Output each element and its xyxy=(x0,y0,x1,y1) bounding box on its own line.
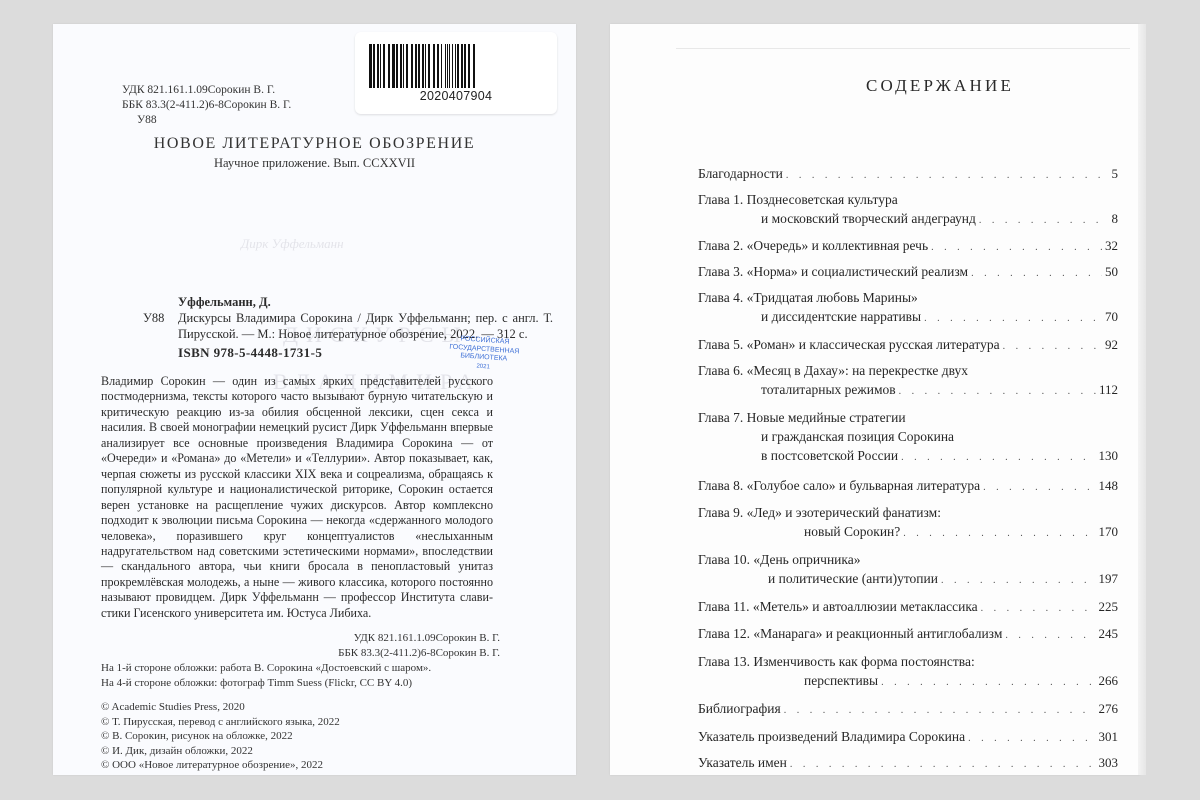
barcode-bar xyxy=(415,44,417,88)
toc-page-number: 170 xyxy=(1099,522,1119,541)
barcode-bar xyxy=(425,44,426,88)
toc-page-number: 32 xyxy=(1105,236,1118,255)
author-mark: У88 xyxy=(122,113,291,128)
dot-leader xyxy=(881,673,1095,692)
toc-entry-label: Глава 13. Изменчивость как форма постоян… xyxy=(698,652,975,671)
barcode-sticker: 2020407904 xyxy=(355,32,557,114)
barcode-bar xyxy=(392,44,395,88)
copyright-line: © В. Сорокин, рисунок на обложке, 2022 xyxy=(101,729,340,744)
toc-page-number: 148 xyxy=(1099,476,1119,495)
udk-code: УДК 821.161.1.09Сорокин В. Г. xyxy=(338,631,500,646)
barcode-icon xyxy=(369,44,544,88)
cover-credits: На 1-й стороне обложки: работа В. Сороки… xyxy=(101,661,431,691)
dot-leader xyxy=(1005,626,1095,645)
bleed-through-running-head xyxy=(676,34,1130,49)
toc-page-number: 8 xyxy=(1112,209,1119,228)
toc-page-number: 276 xyxy=(1099,699,1119,718)
barcode-bar xyxy=(418,44,420,88)
toc-page-number: 225 xyxy=(1099,597,1119,616)
dot-leader xyxy=(903,524,1095,543)
toc-page-number: 70 xyxy=(1105,307,1118,326)
copyright-line: © Т. Пирусская, перевод с английского яз… xyxy=(101,715,340,730)
toc-entry-label: Глава 6. «Месяц в Дахау»: на перекрестке… xyxy=(698,361,968,380)
barcode-bar xyxy=(388,44,390,88)
toc-page-number: 130 xyxy=(1099,446,1119,465)
dot-leader xyxy=(924,309,1102,328)
toc-entry[interactable]: Глава 11. «Метель» и автоаллюзии метакла… xyxy=(698,597,1118,616)
dot-leader xyxy=(790,755,1096,774)
toc-entry-continuation: новый Сорокин? xyxy=(698,522,900,541)
toc-page-number: 197 xyxy=(1099,569,1119,588)
barcode-bar xyxy=(396,44,398,88)
barcode-bar xyxy=(403,44,404,88)
barcode-bar xyxy=(455,44,456,88)
toc-title: СОДЕРЖАНИЕ xyxy=(610,76,1140,96)
barcode-bar xyxy=(373,44,375,88)
barcode-bar xyxy=(380,44,381,88)
copyright-line: © И. Дик, дизайн обложки, 2022 xyxy=(101,744,340,759)
toc-entry-continuation: и диссидентские нарративы xyxy=(698,307,921,326)
toc-entry-label: Глава 4. «Тридцатая любовь Марины» xyxy=(698,288,918,307)
toc-entry-label: Указатель имен xyxy=(698,753,787,772)
toc-entry-continuation: перспективы xyxy=(698,671,878,690)
barcode-bar xyxy=(400,44,402,88)
toc-entry[interactable]: Глава 13. Изменчивость как форма постоян… xyxy=(698,652,1118,690)
toc-entry[interactable]: Указатель имен303 xyxy=(698,753,1118,772)
toc-entry-label: Глава 1. Позднесоветская культура xyxy=(698,190,898,209)
barcode-number: 2020407904 xyxy=(355,89,557,103)
toc-entry[interactable]: Глава 12. «Манарага» и реакционный антиг… xyxy=(698,624,1118,643)
toc-entry-continuation: и московский творческий андеграунд xyxy=(698,209,976,228)
catalog-author: Уффельманн, Д. xyxy=(143,294,553,310)
book-annotation: Владимир Сорокин — один из самых ярких п… xyxy=(101,374,493,621)
isbn: ISBN 978-5-4448-1731-5 xyxy=(178,345,322,361)
cover-credit-line: На 4-й стороне обложки: фотограф Timm Su… xyxy=(101,676,431,691)
toc-entry[interactable]: Благодарности5 xyxy=(698,164,1118,183)
toc-page-number: 50 xyxy=(1105,262,1118,281)
dot-leader xyxy=(979,211,1109,230)
toc-entry-label: Глава 12. «Манарага» и реакционный антиг… xyxy=(698,624,1002,643)
barcode-bar xyxy=(473,44,475,88)
barcode-bar xyxy=(447,44,448,88)
dot-leader xyxy=(899,382,1096,401)
dot-leader xyxy=(931,238,1102,257)
toc-entry[interactable]: Глава 1. Позднесоветская культураи моско… xyxy=(698,190,1118,228)
bbk-code: ББК 83.3(2-411.2)6-8Сорокин В. Г. xyxy=(122,98,291,113)
barcode-bar xyxy=(433,44,435,88)
toc-entry[interactable]: Глава 3. «Норма» и социалистический реал… xyxy=(698,262,1118,281)
dot-leader xyxy=(1003,337,1102,356)
barcode-bar xyxy=(461,44,463,88)
barcode-bar xyxy=(406,44,408,88)
toc-entry-label: Глава 5. «Роман» и классическая русская … xyxy=(698,335,1000,354)
barcode-bar xyxy=(377,44,379,88)
dot-leader xyxy=(968,729,1095,748)
barcode-bar xyxy=(428,44,430,88)
barcode-bar xyxy=(422,44,424,88)
toc-page-number: 112 xyxy=(1099,380,1118,399)
toc-entry[interactable]: Глава 10. «День опричника»и политические… xyxy=(698,550,1118,588)
dot-leader xyxy=(784,701,1096,720)
dot-leader xyxy=(983,478,1095,497)
toc-entry-label: Библиография xyxy=(698,699,781,718)
library-stamp: РОССИЙСКАЯ ГОСУДАРСТВЕННАЯ БИБЛИОТЕКА 20… xyxy=(443,334,525,373)
toc-entry[interactable]: Библиография276 xyxy=(698,699,1118,718)
toc-entry-label: Глава 10. «День опричника» xyxy=(698,550,861,569)
toc-entry-label: Глава 3. «Норма» и социалистический реал… xyxy=(698,262,968,281)
barcode-bar xyxy=(464,44,466,88)
toc-page-number: 92 xyxy=(1105,335,1118,354)
toc-page-number: 301 xyxy=(1099,727,1119,746)
barcode-bar xyxy=(445,44,446,88)
toc-entry-label: Глава 9. «Лед» и эзотерический фанатизм: xyxy=(698,503,941,522)
series-subtitle: Научное приложение. Вып. CCXXVII xyxy=(53,156,576,171)
toc-entry[interactable]: Глава 4. «Тридцатая любовь Марины»и дисс… xyxy=(698,288,1118,326)
series-title: НОВОЕ ЛИТЕРАТУРНОЕ ОБОЗРЕНИЕ xyxy=(53,135,576,153)
copyright-line: © ООО «Новое литературное обозрение», 20… xyxy=(101,758,340,773)
toc-entry[interactable]: Указатель произведений Владимира Сорокин… xyxy=(698,727,1118,746)
dot-leader xyxy=(941,571,1096,590)
dot-leader xyxy=(901,448,1095,467)
toc-entry-label: Глава 7. Новые медийные стратегии xyxy=(698,408,906,427)
udk-code: УДК 821.161.1.09Сорокин В. Г. xyxy=(122,83,291,98)
barcode-bar xyxy=(411,44,413,88)
barcode-bar xyxy=(441,44,442,88)
barcode-bar xyxy=(452,44,453,88)
barcode-bar xyxy=(449,44,450,88)
toc-entry-continuation: и гражданская позиция Сорокина xyxy=(698,427,954,446)
cover-credit-line: На 1-й стороне обложки: работа В. Сороки… xyxy=(101,661,431,676)
toc-entry[interactable]: Глава 6. «Месяц в Дахау»: на перекрестке… xyxy=(698,361,1118,399)
barcode-bar xyxy=(369,44,372,88)
toc-page-number: 266 xyxy=(1099,671,1119,690)
toc-entry-label: Указатель произведений Владимира Сорокин… xyxy=(698,727,965,746)
barcode-bar xyxy=(383,44,385,88)
toc-entry-continuation: тоталитарных режимов xyxy=(698,380,896,399)
bbk-code: ББК 83.3(2-411.2)6-8Сорокин В. Г. xyxy=(338,646,500,661)
barcode-bar xyxy=(437,44,439,88)
toc-entry[interactable]: Глава 2. «Очередь» и коллективная речь32 xyxy=(698,236,1118,255)
toc-entry-label: Благодарности xyxy=(698,164,783,183)
bleed-through-text: Дирк Уффельманн xyxy=(241,236,344,252)
toc-entry-label: Глава 2. «Очередь» и коллективная речь xyxy=(698,236,928,255)
contents-page: СОДЕРЖАНИЕ Благодарности5Глава 1. Поздне… xyxy=(610,24,1140,775)
catalog-code: У88 xyxy=(143,310,178,342)
library-codes-bottom: УДК 821.161.1.09Сорокин В. Г. ББК 83.3(2… xyxy=(338,631,500,661)
toc-entry[interactable]: Глава 5. «Роман» и классическая русская … xyxy=(698,335,1118,354)
toc-entry-label: Глава 11. «Метель» и автоаллюзии метакла… xyxy=(698,597,978,616)
toc-entry-label: Глава 8. «Голубое сало» и бульварная лит… xyxy=(698,476,980,495)
imprint-page: УДК 821.161.1.09Сорокин В. Г. ББК 83.3(2… xyxy=(53,24,576,775)
toc-page-number: 245 xyxy=(1099,624,1119,643)
toc-entry-continuation: и политические (анти)утопии xyxy=(698,569,938,588)
copyright-line: © Academic Studies Press, 2020 xyxy=(101,700,340,715)
toc-page-number: 303 xyxy=(1099,753,1119,772)
toc-entry[interactable]: Глава 9. «Лед» и эзотерический фанатизм:… xyxy=(698,503,1118,541)
dot-leader xyxy=(786,166,1109,185)
catalog-card: Уффельманн, Д. У88 Дискурсы Владимира Со… xyxy=(143,294,553,342)
barcode-bar xyxy=(457,44,459,88)
dot-leader xyxy=(971,264,1102,283)
toc-page-number: 5 xyxy=(1112,164,1119,183)
barcode-bar xyxy=(468,44,470,88)
toc-entry-continuation: в постсоветской России xyxy=(698,446,898,465)
dot-leader xyxy=(981,599,1096,618)
toc-entry[interactable]: Глава 7. Новые медийные стратегиии гражд… xyxy=(698,408,1118,465)
copyright-notices: © Academic Studies Press, 2020 © Т. Пиру… xyxy=(101,700,340,773)
toc-entry[interactable]: Глава 8. «Голубое сало» и бульварная лит… xyxy=(698,476,1118,495)
library-codes-top: УДК 821.161.1.09Сорокин В. Г. ББК 83.3(2… xyxy=(122,83,291,128)
